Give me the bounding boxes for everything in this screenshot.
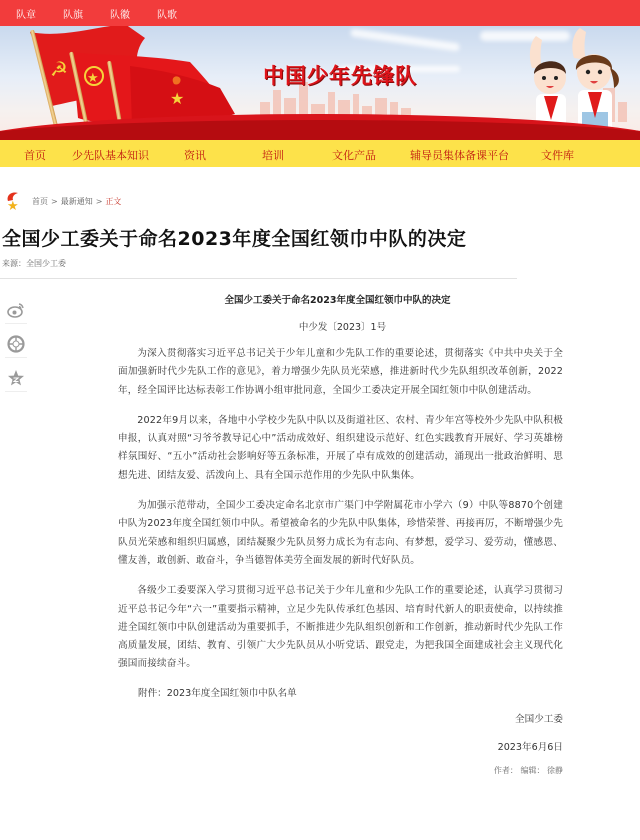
weibo-icon	[7, 302, 25, 318]
share-weibo-button[interactable]	[5, 296, 27, 324]
nav-document-library[interactable]: 文件库	[541, 147, 574, 163]
paragraph: 各级少工委要深入学习贯彻习近平总书记关于少年儿童和少先队工作的重要论述，认真学习…	[118, 582, 563, 673]
star-icon	[7, 369, 25, 387]
topbar-link-charter[interactable]: 队章	[16, 6, 63, 21]
nav-training[interactable]: 培训	[262, 147, 284, 163]
svg-text:☭: ☭	[50, 57, 68, 81]
nav-culture-products[interactable]: 文化产品	[332, 147, 376, 163]
nav-news[interactable]: 资讯	[184, 147, 206, 163]
paragraph: 为加强示范带动，全国少工委决定命名北京市广渠门中学附属花市小学六（9）中队等88…	[118, 497, 563, 570]
site-title: 中国少年先锋队	[263, 60, 417, 90]
share-moments-button[interactable]	[5, 330, 27, 358]
nav-counselor-platform[interactable]: 辅导员集体备课平台	[410, 147, 509, 163]
share-sidebar	[5, 296, 27, 398]
breadcrumb-current: 正文	[105, 196, 121, 207]
svg-text:★: ★	[87, 71, 99, 86]
breadcrumb-separator: >	[51, 197, 58, 206]
paragraph: 为深入贯彻落实习近平总书记关于少年儿童和少先队工作的重要论述，贯彻落实《中共中央…	[118, 345, 563, 400]
pioneer-logo-icon: ★	[4, 191, 26, 211]
author-line: 作者： 编辑： 徐静	[118, 765, 563, 776]
top-link-bar: 队章 队旗 队徽 队歌	[0, 0, 640, 26]
document-number: 中少发〔2023〕1号	[122, 319, 563, 336]
breadcrumb-home[interactable]: 首页	[32, 196, 48, 207]
divider	[0, 278, 517, 279]
article-headline: 全国少工委关于命名2023年度全国红领巾中队的决定	[2, 224, 466, 251]
nav-home[interactable]: 首页	[24, 147, 46, 163]
publish-date: 2023年6月6日	[118, 739, 563, 753]
nav-basic-knowledge[interactable]: 少先队基本知识	[72, 147, 149, 163]
signature: 全国少工委	[118, 711, 563, 725]
breadcrumb-separator: >	[96, 197, 103, 206]
article-body: 全国少工委关于命名2023年度全国红领巾中队的决定 中少发〔2023〕1号 为深…	[118, 292, 563, 776]
main-nav: 首页 少先队基本知识 资讯 培训 文化产品 辅导员集体备课平台 文件库	[0, 140, 640, 167]
breadcrumb: ★ 首页 > 最新通知 > 正文	[4, 190, 121, 212]
article-source: 来源：全国少工委	[2, 258, 66, 269]
attachment-link[interactable]: 附件：2023年度全国红领巾中队名单	[118, 685, 563, 699]
topbar-link-flag[interactable]: 队旗	[63, 6, 110, 21]
document-title: 全国少工委关于命名2023年度全国红领巾中队的决定	[112, 292, 563, 309]
paragraph: 2022年9月以来，各地中小学校少先队中队以及街道社区、农村、青少年宫等校外少先…	[118, 412, 563, 485]
topbar-link-emblem[interactable]: 队徽	[110, 6, 157, 21]
breadcrumb-latest-notices[interactable]: 最新通知	[61, 196, 93, 207]
svg-text:★: ★	[170, 89, 184, 108]
svg-text:★: ★	[7, 199, 19, 211]
site-banner: ☭ ★ ★ 中国少年先锋队	[0, 26, 640, 140]
camera-shutter-icon	[7, 335, 25, 353]
topbar-link-anthem[interactable]: 队歌	[157, 6, 204, 21]
favorite-button[interactable]	[5, 364, 27, 392]
